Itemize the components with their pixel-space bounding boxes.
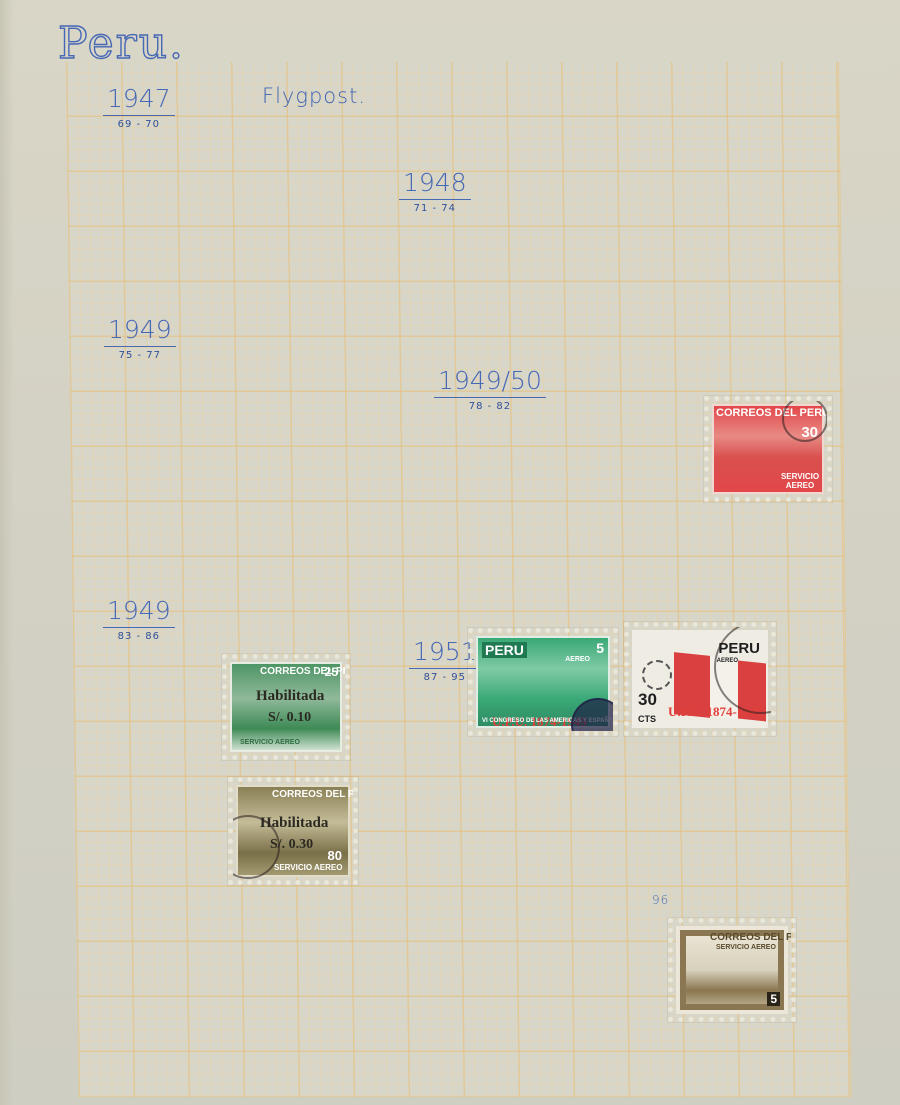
- catalog-number-96: 96: [652, 893, 669, 907]
- section-1949-a: 1949 75 - 77: [104, 315, 176, 361]
- section-1949-b: 1949 83 - 86: [103, 596, 175, 642]
- stamp-olive-habilitada-030[interactable]: CORREOS DEL PERU Habilitada S/. 0.30 80 …: [228, 777, 358, 885]
- section-range: 69 - 70: [103, 119, 175, 130]
- stamp-value: 30: [638, 690, 657, 710]
- stamp-green-habilitada-010[interactable]: CORREOS DEL PERU 25 Habilitada S/. 0.10 …: [222, 654, 350, 760]
- section-range: 78 - 82: [434, 401, 546, 412]
- section-1948: 1948 71 - 74: [399, 168, 471, 214]
- sun-icon: [642, 660, 672, 690]
- stamp-value: 25: [325, 665, 338, 679]
- page-title: Peru.: [58, 18, 185, 69]
- section-range: 83 - 86: [103, 631, 175, 642]
- stamp-value: 5: [596, 640, 604, 656]
- stamp-value: 80: [328, 848, 342, 863]
- stamp-service: SERVICIO AEREO: [274, 863, 342, 872]
- section-year: 1948: [399, 168, 471, 200]
- stamp-brown-5-cts[interactable]: CORREOS DEL PERU SERVICIO AEREO 5: [668, 918, 796, 1022]
- album-page-edge: [0, 0, 14, 1105]
- section-range: 75 - 77: [104, 350, 176, 361]
- stamp-green-5-cts-upu[interactable]: PERU 5 AEREO U.P.U. 1874-1949 VI CONGRES…: [468, 628, 618, 736]
- stamp-service: SERVICIO AEREO: [780, 472, 820, 490]
- stamp-flag-30-cts-upu[interactable]: PERU AEREO 30 CTS U.P.U. 1874-1949: [624, 622, 776, 736]
- stamp-service: SERVICIO AEREO: [716, 944, 776, 951]
- section-year: 1947: [103, 84, 175, 116]
- stamp-overprint: Habilitada: [256, 688, 324, 705]
- stamp-service: SERVICIO AEREO: [240, 739, 300, 746]
- stamp-value: 5: [767, 992, 780, 1006]
- stamp-unit: CTS: [638, 714, 656, 724]
- stamp-service: AEREO: [565, 656, 590, 663]
- postmark: [782, 396, 828, 442]
- page-subtitle: Flygpost.: [262, 84, 366, 108]
- stamp-overprint-value: S/. 0.10: [268, 710, 311, 726]
- section-1947: 1947 69 - 70: [103, 84, 175, 130]
- section-year: 1949: [103, 596, 175, 628]
- section-year: 1949: [104, 315, 176, 347]
- section-range: 71 - 74: [399, 203, 471, 214]
- stamp-country: CORREOS DEL PERU: [272, 789, 358, 800]
- stamp-red-30-cts[interactable]: CORREOS DEL PERU 30 SERVICIO AEREO: [704, 396, 832, 502]
- section-year: 1949/50: [434, 366, 546, 398]
- stamp-country: PERU: [482, 642, 527, 658]
- stamp-country: CORREOS DEL PERU: [710, 932, 796, 943]
- section-1949-50: 1949/50 78 - 82: [434, 366, 546, 412]
